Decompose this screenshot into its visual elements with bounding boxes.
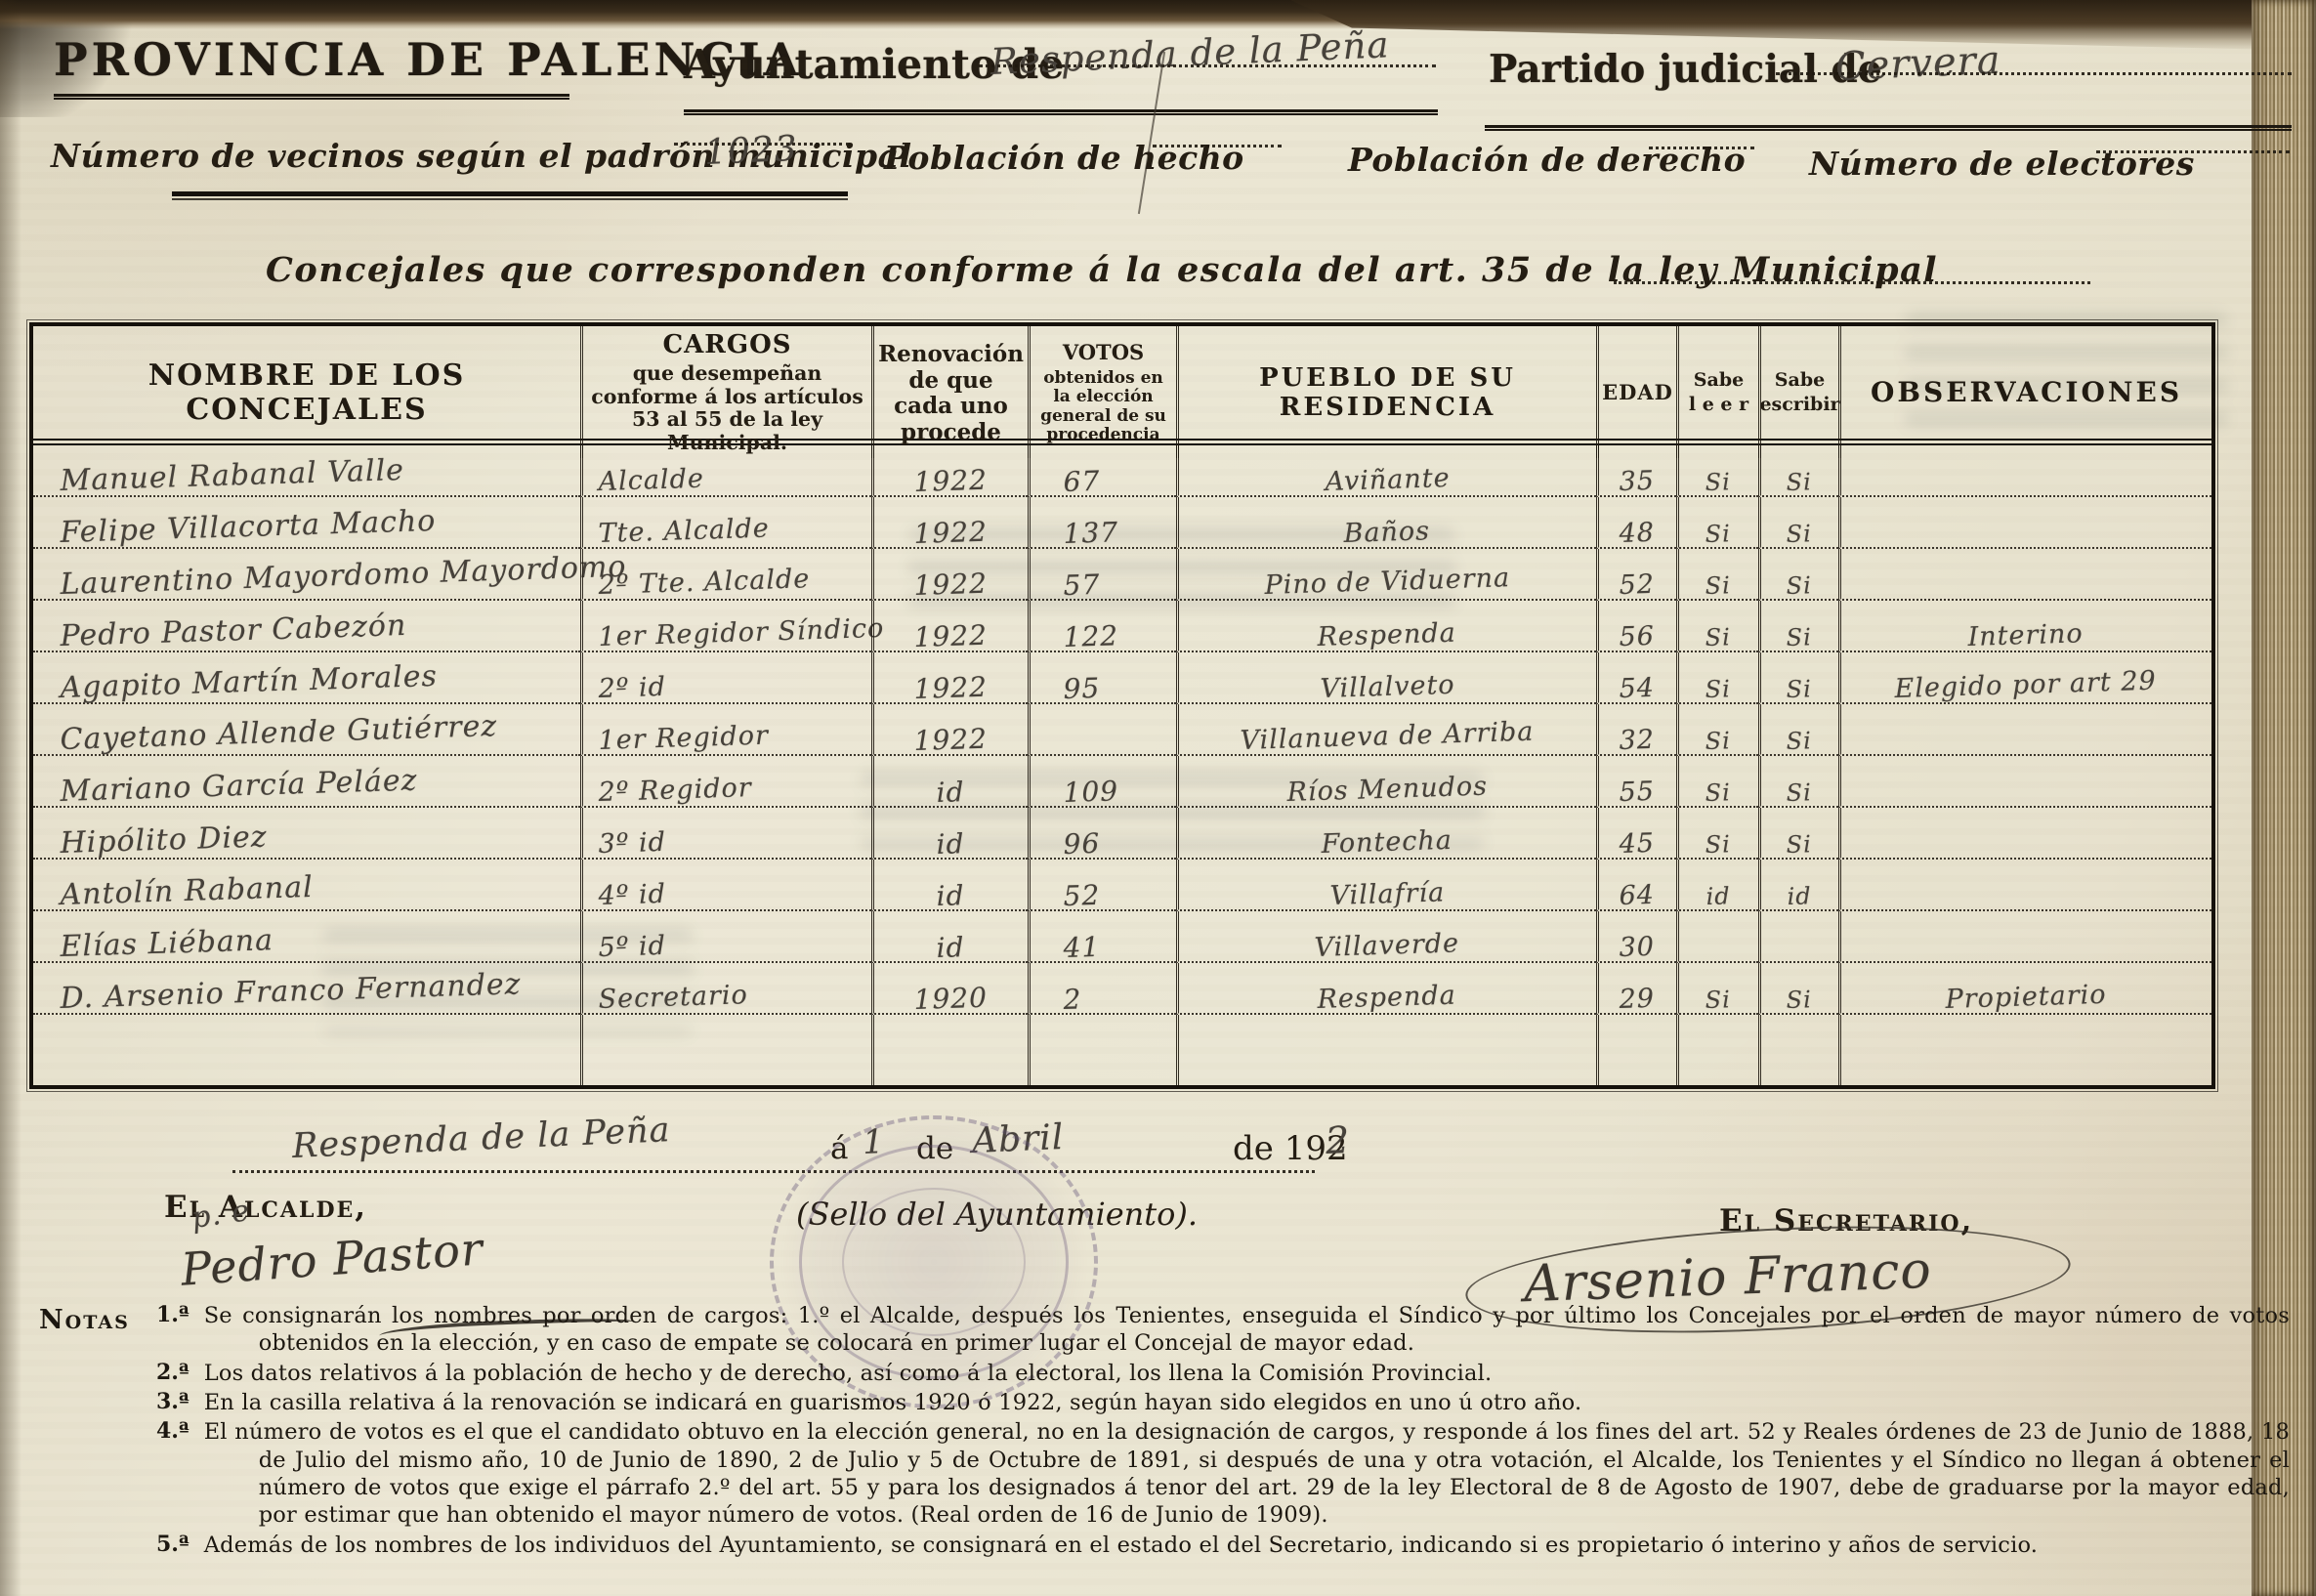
table-row: Felipe Villacorta Macho Tte. Alcalde 192… (33, 497, 2211, 549)
note-text: Se consignarán los nombres por orden de … (204, 1302, 2297, 1358)
councilman-name: Agapito Martín Morales (60, 663, 438, 701)
councilman-name: Mariano García Peláez (60, 768, 418, 805)
councilman-name: Pedro Pastor Cabezón (60, 612, 407, 650)
cell-observaciones (1838, 445, 2211, 497)
cell-pueblo: Villaverde (1176, 911, 1596, 963)
cell-renovacion: id (871, 808, 1028, 860)
councilman-name: Antolín Rabanal (60, 874, 314, 908)
cell-edad: 32 (1596, 704, 1676, 756)
cell-renovacion: 1922 (871, 549, 1028, 601)
table-row: Antolín Rabanal 4º id id 52 Villafría 64… (33, 860, 2211, 911)
note-number: 5.ª (156, 1532, 204, 1559)
table-empty-space (33, 1015, 2211, 1085)
col-header-sabe-escribir: Sabe escribir (1758, 326, 1838, 458)
councilman-name: Hipólito Diez (60, 823, 268, 857)
cell-sabe-leer: id (1676, 860, 1758, 911)
col-header-pueblo: PUEBLO DE SU RESIDENCIA (1176, 326, 1596, 458)
cell-cargo: 4º id (580, 860, 871, 911)
councilman-name: Manuel Rabanal Valle (60, 457, 404, 494)
cell-observaciones (1838, 860, 2211, 911)
cell-observaciones (1838, 497, 2211, 549)
cell-pueblo: Respenda (1176, 963, 1596, 1015)
cell-name: Manuel Rabanal Valle (33, 445, 580, 497)
cell-cargo: Tte. Alcalde (580, 497, 871, 549)
col-header-nombre: NOMBRE DE LOS CONCEJALES (33, 326, 580, 458)
note-number: 4.ª (156, 1418, 204, 1529)
date-line: Respenda de la Peña á 1 de Abril de 192 … (0, 1119, 2316, 1197)
cell-renovacion: 1922 (871, 601, 1028, 652)
cell-observaciones: Propietario (1838, 963, 2211, 1015)
dotted-line-ayuntamiento (979, 64, 1436, 67)
cell-pueblo: Villafría (1176, 860, 1596, 911)
cell-name: Mariano García Peláez (33, 756, 580, 808)
cell-sabe-leer: Si (1676, 601, 1758, 652)
note-number: 2.ª (156, 1360, 204, 1387)
table-row: Manuel Rabanal Valle Alcalde 1922 67 Avi… (33, 445, 2211, 497)
col-header-renovacion: Renovación de que cada uno procede (871, 326, 1028, 458)
col-header-votos: VOTOS obtenidos en la elección general d… (1028, 326, 1176, 458)
cell-cargo: 1er Regidor (580, 704, 871, 756)
cell-name: Antolín Rabanal (33, 860, 580, 911)
cell-cargo: 2º id (580, 652, 871, 704)
col-header-edad: EDAD (1596, 326, 1676, 458)
cell-observaciones (1838, 911, 2211, 963)
cell-edad: 64 (1596, 860, 1676, 911)
notes-heading: Notas (39, 1305, 130, 1335)
cell-name: Pedro Pastor Cabezón (33, 601, 580, 652)
councilman-name: D. Arsenio Franco Fernandez (60, 971, 522, 1012)
cell-cargo: 5º id (580, 911, 871, 963)
councilman-name: Laurentino Mayordomo Mayordomo (60, 554, 627, 598)
cell-renovacion: id (871, 756, 1028, 808)
cell-sabe-escribir: Si (1758, 808, 1838, 860)
cell-cargo: 2º Regidor (580, 756, 871, 808)
cell-sabe-leer: Si (1676, 445, 1758, 497)
table-row: Elías Liébana 5º id id 41 Villaverde 30 (33, 911, 2211, 963)
cell-name: Agapito Martín Morales (33, 652, 580, 704)
councilman-name: Felipe Villacorta Macho (60, 508, 437, 546)
cell-sabe-escribir (1758, 911, 1838, 963)
cell-observaciones (1838, 808, 2211, 860)
cell-sabe-escribir: Si (1758, 652, 1838, 704)
cell-edad: 52 (1596, 549, 1676, 601)
cell-renovacion: 1922 (871, 497, 1028, 549)
cell-edad: 56 (1596, 601, 1676, 652)
cell-renovacion: 1922 (871, 704, 1028, 756)
cell-votos: 67 (1028, 445, 1176, 497)
table-row: Cayetano Allende Gutiérrez 1er Regidor 1… (33, 704, 2211, 756)
ayuntamiento-value-handwritten: Respenda de la Peña (990, 23, 1390, 83)
cell-observaciones (1838, 549, 2211, 601)
dotted-line-date (232, 1170, 1315, 1173)
cell-votos: 109 (1028, 756, 1176, 808)
note-item: 5.ª Además de los nombres de los individ… (156, 1532, 2297, 1559)
note-item: 3.ª En la casilla relativa á la renovaci… (156, 1389, 2297, 1416)
cell-sabe-escribir: Si (1758, 601, 1838, 652)
cell-sabe-leer: Si (1676, 963, 1758, 1015)
cell-edad: 54 (1596, 652, 1676, 704)
table-row: Hipólito Diez 3º id id 96 Fontecha 45 Si… (33, 808, 2211, 860)
cell-observaciones (1838, 756, 2211, 808)
cell-sabe-escribir: Si (1758, 963, 1838, 1015)
cell-votos: 57 (1028, 549, 1176, 601)
rule-under-ayuntamiento (684, 109, 1438, 115)
note-item: 1.ª Se consignarán los nombres por orden… (156, 1302, 2297, 1358)
cell-name: Cayetano Allende Gutiérrez (33, 704, 580, 756)
cell-renovacion: 1922 (871, 652, 1028, 704)
rule-under-partido (1485, 125, 2292, 131)
cell-pueblo: Respenda (1176, 601, 1596, 652)
cell-votos: 96 (1028, 808, 1176, 860)
scanned-municipal-form: PROVINCIA DE PALENCIA Ayuntamiento de Re… (0, 0, 2316, 1596)
cell-sabe-leer: Si (1676, 808, 1758, 860)
cell-edad: 55 (1596, 756, 1676, 808)
rule-under-province (54, 94, 569, 100)
note-item: 2.ª Los datos relativos á la población d… (156, 1360, 2297, 1387)
note-item: 4.ª El número de votos es el que el cand… (156, 1418, 2297, 1529)
alcalde-signature: Pedro Pastor (179, 1222, 484, 1295)
date-place-handwritten: Respenda de la Peña (291, 1111, 671, 1166)
cell-pueblo: Villalveto (1176, 652, 1596, 704)
cell-votos: 122 (1028, 601, 1176, 652)
dotted-line-derecho (1649, 147, 1754, 149)
vecinos-value-handwritten: 1023 (703, 129, 798, 173)
cell-sabe-escribir: Si (1758, 549, 1838, 601)
cell-edad: 45 (1596, 808, 1676, 860)
cell-renovacion: id (871, 860, 1028, 911)
cell-cargo: Alcalde (580, 445, 871, 497)
partido-label: Partido judicial de (1489, 47, 1882, 92)
cell-votos: 95 (1028, 652, 1176, 704)
cell-sabe-escribir: Si (1758, 756, 1838, 808)
cell-sabe-leer: Si (1676, 704, 1758, 756)
cell-name: Felipe Villacorta Macho (33, 497, 580, 549)
cell-sabe-leer: Si (1676, 497, 1758, 549)
cell-cargo: Secretario (580, 963, 871, 1015)
heavy-rule-vecinos (172, 191, 848, 200)
cell-pueblo: Aviñante (1176, 445, 1596, 497)
table-body: Manuel Rabanal Valle Alcalde 1922 67 Avi… (33, 445, 2211, 1015)
cell-sabe-leer: Si (1676, 652, 1758, 704)
notes-list: 1.ª Se consignarán los nombres por orden… (156, 1302, 2297, 1559)
dotted-line-vecinos (674, 143, 850, 146)
date-year-digit-handwritten: 2 (1325, 1118, 1351, 1162)
partido-value-handwritten: Cervera (1834, 38, 2001, 90)
cell-sabe-escribir: id (1758, 860, 1838, 911)
cell-sabe-escribir: Si (1758, 445, 1838, 497)
cell-renovacion: id (871, 911, 1028, 963)
note-text: Además de los nombres de los individuos … (204, 1532, 2045, 1559)
dotted-line-partido (1776, 72, 2292, 75)
cell-sabe-leer (1676, 911, 1758, 963)
cell-observaciones: Elegido por art 29 (1838, 652, 2211, 704)
table-header-row: NOMBRE DE LOS CONCEJALES CARGOS que dese… (33, 326, 2211, 445)
col-header-sabe-leer: Sabe l e e r (1676, 326, 1758, 458)
cell-name: Laurentino Mayordomo Mayordomo (33, 549, 580, 601)
dotted-line-hecho (1153, 145, 1282, 147)
cell-observaciones (1838, 704, 2211, 756)
table-row: Laurentino Mayordomo Mayordomo 2º Tte. A… (33, 549, 2211, 601)
councilman-name: Elías Liébana (60, 927, 274, 960)
cell-cargo: 1er Regidor Síndico (580, 601, 871, 652)
councilman-name: Cayetano Allende Gutiérrez (60, 713, 497, 753)
councilmen-table: NOMBRE DE LOS CONCEJALES CARGOS que dese… (29, 322, 2215, 1089)
cell-edad: 29 (1596, 963, 1676, 1015)
cell-observaciones: Interino (1838, 601, 2211, 652)
cell-renovacion: 1920 (871, 963, 1028, 1015)
book-binding-top-right (1290, 0, 2316, 51)
cell-pueblo: Ríos Menudos (1176, 756, 1596, 808)
cell-renovacion: 1922 (871, 445, 1028, 497)
cell-name: Elías Liébana (33, 911, 580, 963)
dotted-line-subtitle (1614, 281, 2090, 284)
col-header-observaciones: OBSERVACIONES (1838, 326, 2211, 458)
note-number: 1.ª (156, 1302, 204, 1358)
cell-sabe-leer: Si (1676, 756, 1758, 808)
note-number: 3.ª (156, 1389, 204, 1416)
cell-edad: 48 (1596, 497, 1676, 549)
cell-votos (1028, 704, 1176, 756)
alcalde-signature-rubric: p. e (189, 1194, 252, 1236)
cell-sabe-leer: Si (1676, 549, 1758, 601)
cell-cargo: 3º id (580, 808, 871, 860)
cell-pueblo: Villanueva de Arriba (1176, 704, 1596, 756)
note-text: El número de votos es el que el candidat… (204, 1418, 2297, 1529)
cell-edad: 35 (1596, 445, 1676, 497)
dotted-line-electores (2096, 150, 2290, 153)
cell-pueblo: Fontecha (1176, 808, 1596, 860)
note-text: En la casilla relativa á la renovación s… (204, 1389, 1590, 1416)
cell-edad: 30 (1596, 911, 1676, 963)
cell-sabe-escribir: Si (1758, 497, 1838, 549)
cell-sabe-escribir: Si (1758, 704, 1838, 756)
cell-votos: 41 (1028, 911, 1176, 963)
page-left-shadow (0, 0, 21, 1596)
cell-cargo: 2º Tte. Alcalde (580, 549, 871, 601)
cell-votos: 2 (1028, 963, 1176, 1015)
cell-votos: 137 (1028, 497, 1176, 549)
cell-name: D. Arsenio Franco Fernandez (33, 963, 580, 1015)
col-header-cargos: CARGOS que desempeñan conforme á los art… (580, 326, 871, 458)
notes-section: Notas 1.ª Se consignarán los nombres por… (39, 1302, 2297, 1561)
cell-name: Hipólito Diez (33, 808, 580, 860)
cell-pueblo: Pino de Viduerna (1176, 549, 1596, 601)
table-row: Agapito Martín Morales 2º id 1922 95 Vil… (33, 652, 2211, 704)
note-text: Los datos relativos á la población de he… (204, 1360, 1500, 1387)
cell-votos: 52 (1028, 860, 1176, 911)
table-row: Mariano García Peláez 2º Regidor id 109 … (33, 756, 2211, 808)
table-row: Pedro Pastor Cabezón 1er Regidor Síndico… (33, 601, 2211, 652)
cell-pueblo: Baños (1176, 497, 1596, 549)
table-row: D. Arsenio Franco Fernandez Secretario 1… (33, 963, 2211, 1015)
